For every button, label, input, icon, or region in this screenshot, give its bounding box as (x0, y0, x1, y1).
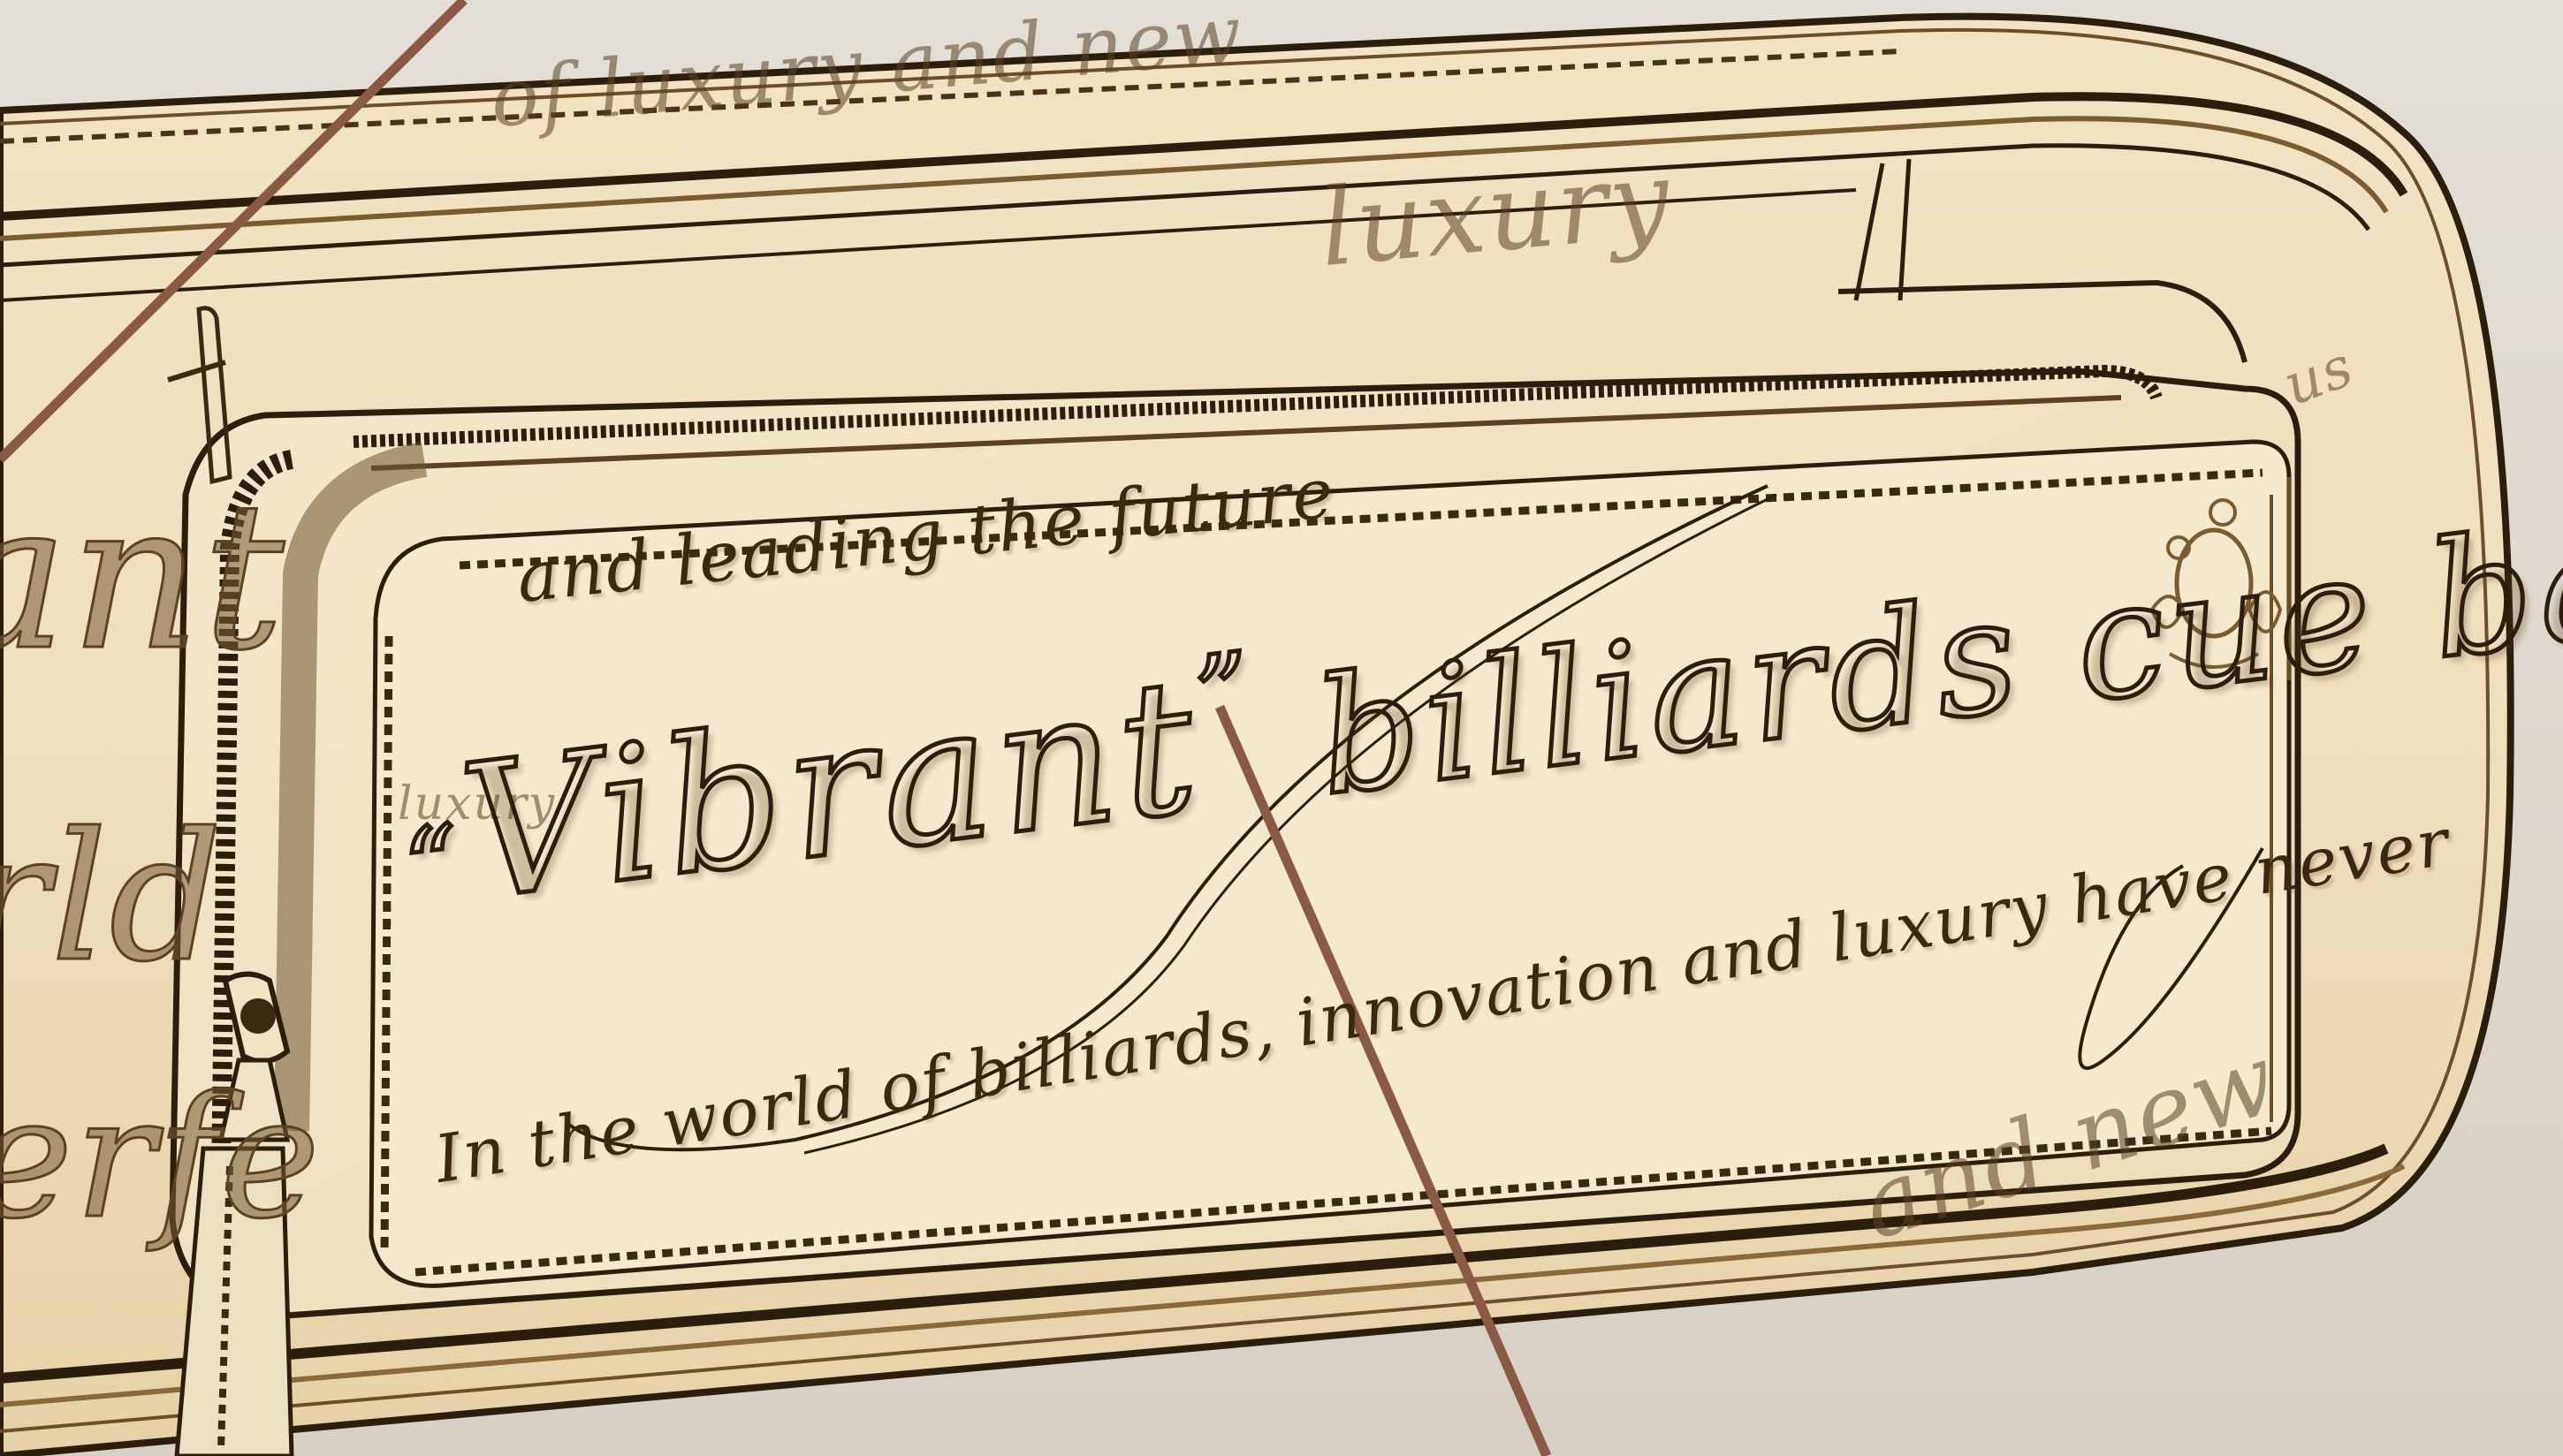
left-fragment-script-1: ant (0, 459, 286, 695)
product-illustration: of luxury and new luxury ant rld erfe lu… (0, 0, 2563, 1456)
left-fragment-script-3: erfe (0, 1060, 322, 1255)
title-quote-close: ” (1189, 629, 1263, 758)
left-fragment-script-2: rld (0, 795, 224, 1001)
